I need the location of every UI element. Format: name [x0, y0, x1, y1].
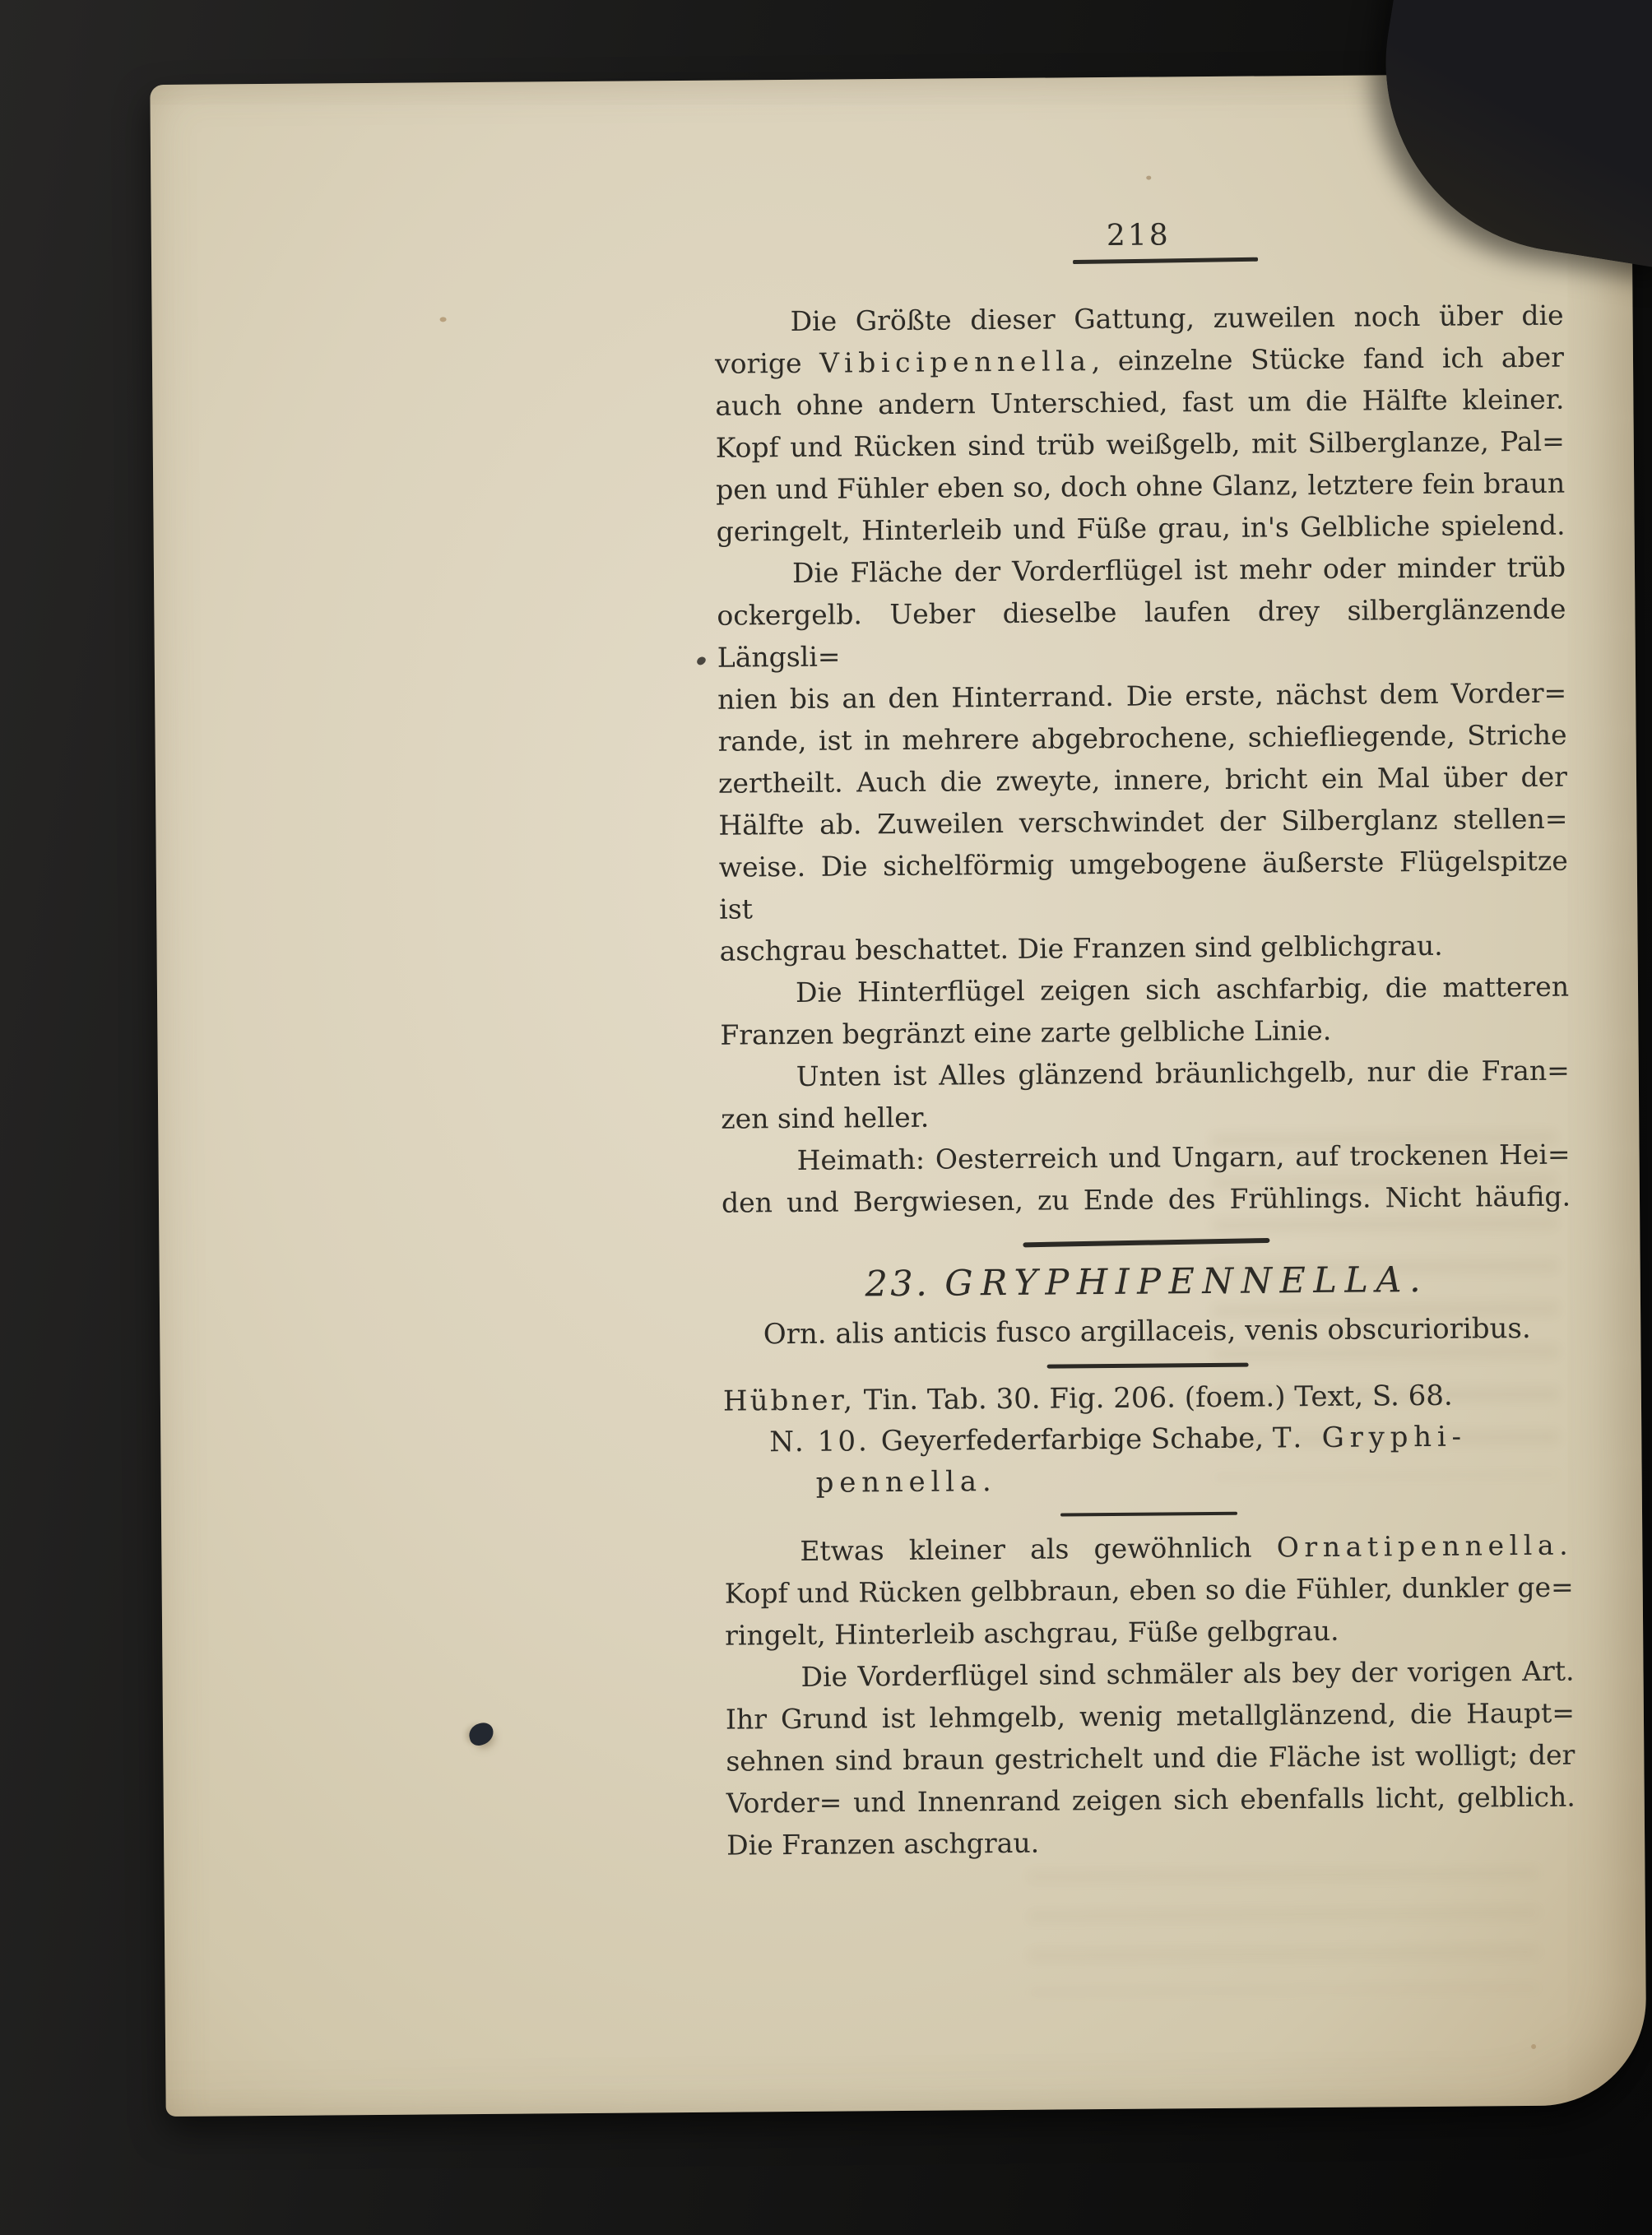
- species-diagnosis: Orn. alis anticis fusco argillaceis, ven…: [722, 1308, 1571, 1356]
- text-line: Unten ist Alles glänzend bräunlichgelb, …: [721, 1050, 1570, 1098]
- paper-fleck: [1146, 176, 1151, 180]
- verso-showthrough: [1028, 1867, 1538, 1995]
- text-line: weise. Die sichelförmig umgebogene äußer…: [719, 840, 1569, 930]
- reference-line: N. 10. Geyerfederfarbige Schabe, T. Gryp…: [723, 1416, 1572, 1463]
- text-line: zertheilt. Auch die zweyte, innere, bric…: [718, 756, 1567, 805]
- text-line: ockergelb. Ueber dieselbe laufen drey si…: [717, 588, 1566, 679]
- text-line: geringelt, Hinterleib und Füße grau, in'…: [716, 504, 1565, 553]
- text-line: Vorder= und Innenrand zeigen sich ebenfa…: [726, 1776, 1575, 1825]
- text-line: den und Bergwiesen, zu Ende des Frühling…: [722, 1175, 1571, 1224]
- page-number-block: 218: [714, 216, 1563, 267]
- paper-fleck: [440, 317, 447, 322]
- species-heading: 23.GRYPHIPENNELLA.: [722, 1255, 1571, 1310]
- text-segment: Etwas kleiner als gewöhnlich: [800, 1531, 1277, 1567]
- page-number-rule: [1073, 257, 1258, 264]
- text-line: pen und Fühler eben so, doch ohne Glanz,…: [716, 462, 1565, 511]
- species-name-inline: pennella.: [816, 1465, 997, 1500]
- book-page: 218 Die Größte dieser Gattung, zuweilen …: [150, 73, 1646, 2117]
- text-line: Etwas kleiner als gewöhnlich Ornatipenne…: [724, 1524, 1573, 1573]
- text-line: Die Größte dieser Gattung, zuweilen noch…: [714, 294, 1563, 343]
- text-line: rande, ist in mehrere abgebrochene, schi…: [717, 714, 1566, 763]
- text-line: Kopf und Rücken sind trüb weißgelb, mit …: [716, 420, 1565, 469]
- heading-divider: [1046, 1363, 1248, 1369]
- text-segment: N. 10.: [769, 1425, 881, 1458]
- text-line: Franzen begränzt eine zarte gelbliche Li…: [720, 1008, 1569, 1056]
- text-line: Ihr Grund ist lehmgelb, wenig metallglän…: [726, 1692, 1575, 1741]
- text-line: Die Franzen aschgrau.: [726, 1818, 1575, 1866]
- page-text-column: 218 Die Größte dieser Gattung, zuweilen …: [714, 216, 1576, 1866]
- text-line: Die Hinterflügel zeigen sich aschfarbig,…: [720, 966, 1569, 1014]
- text-line: Heimath: Oesterreich und Ungarn, auf tro…: [721, 1134, 1570, 1182]
- species-name-inline: Vibicipennella: [819, 345, 1092, 379]
- text-segment: vorige: [715, 347, 820, 380]
- reference-divider: [1060, 1512, 1237, 1517]
- section-divider: [1023, 1238, 1269, 1247]
- species-name-inline: T. Gryphi-: [1273, 1421, 1467, 1455]
- ink-blot: [466, 1720, 496, 1747]
- text-line: Die Fläche der Vorderflügel ist mehr ode…: [717, 546, 1566, 595]
- species-heading-name: GRYPHIPENNELLA.: [944, 1259, 1428, 1305]
- paper-fleck: [1531, 2044, 1536, 2049]
- text-line: Kopf und Rücken gelbbraun, eben so die F…: [725, 1566, 1574, 1615]
- text-line: Hälfte ab. Zuweilen verschwindet der Sil…: [718, 798, 1567, 846]
- text-segment: , einzelne Stücke fand ich aber: [1091, 341, 1564, 378]
- text-line: Die Vorderflügel sind schmäler als bey d…: [725, 1650, 1574, 1699]
- text-line: vorige Vibicipennella, einzelne Stücke f…: [715, 336, 1564, 385]
- text-line: auch ohne andern Unterschied, fast um di…: [715, 378, 1564, 427]
- text-line: ringelt, Hinterleib aschgrau, Füße gelbg…: [725, 1608, 1574, 1657]
- species-name-inline: Ornatipennella.: [1277, 1529, 1574, 1564]
- reference-author: Hübner,: [723, 1384, 855, 1417]
- text-line: zen sind heller.: [721, 1092, 1570, 1140]
- text-line: aschgrau beschattet. Die Franzen sind ge…: [719, 924, 1568, 972]
- reference-line: Hübner, Tin. Tab. 30. Fig. 206. (foem.) …: [723, 1375, 1572, 1422]
- reference-line: pennella.: [724, 1457, 1573, 1505]
- text-segment: Geyerfederfarbige Schabe,: [881, 1421, 1273, 1458]
- page-number: 218: [1107, 218, 1171, 253]
- text-line: sehnen sind braun gestrichelt und die Fl…: [726, 1734, 1575, 1783]
- margin-speck: [695, 655, 707, 666]
- species-number: 23.: [865, 1264, 930, 1305]
- photo-background: 218 Die Größte dieser Gattung, zuweilen …: [0, 0, 1652, 2235]
- text-line: nien bis an den Hinterrand. Die erste, n…: [717, 672, 1566, 721]
- text-segment: Tin. Tab. 30. Fig. 206. (foem.) Text, S.…: [855, 1379, 1453, 1417]
